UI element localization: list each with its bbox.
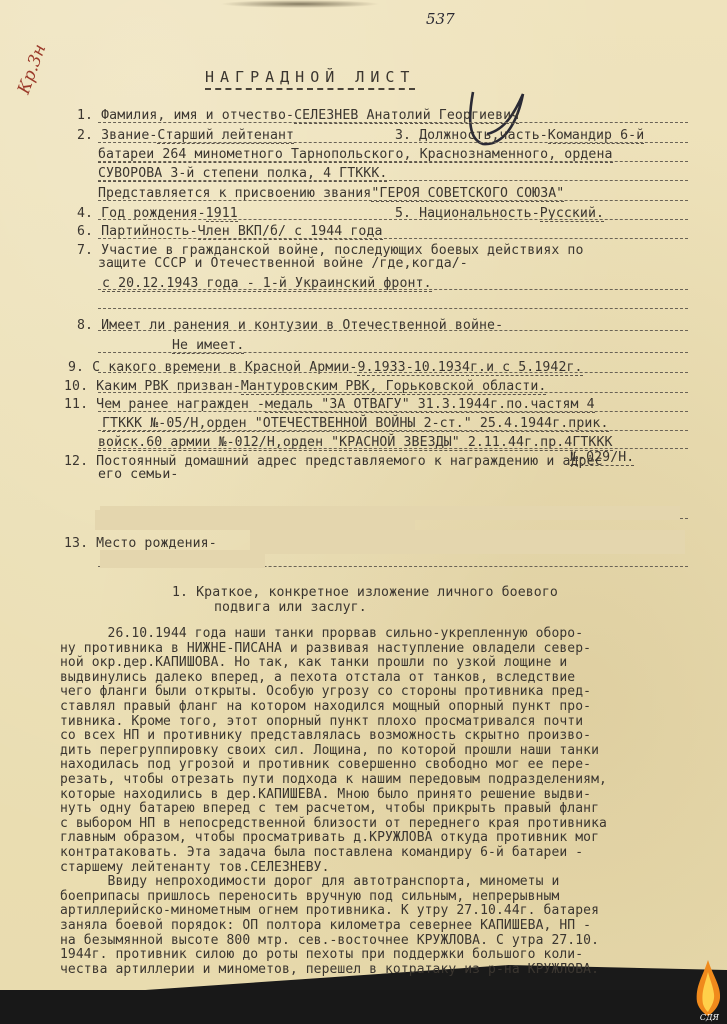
narrative-line: тивника. Кроме того, этот опорный пункт … (60, 715, 583, 730)
field-number: 1. (77, 108, 93, 123)
form-field: Представляется к присвоению звания"ГЕРОЯ… (98, 186, 564, 201)
underline (98, 330, 688, 331)
field-label: Представляется к присвоению звания (98, 186, 371, 201)
field-number: 11. (64, 397, 88, 412)
underline (98, 219, 688, 220)
underline (98, 308, 688, 309)
section-heading-line-2: подвига или заслуг. (214, 600, 367, 615)
archive-page-number: 537 (426, 10, 455, 28)
field-number: 6. (77, 224, 93, 239)
narrative-line: резать, чтобы отрезать пути подхода к на… (60, 773, 607, 788)
form-field: его семьи- (98, 467, 178, 482)
field-label: его семьи- (98, 467, 178, 482)
underline (98, 289, 688, 290)
field-number: 10. (64, 379, 88, 394)
field-number: 4. (77, 206, 93, 221)
underline (98, 372, 688, 373)
underline (98, 161, 688, 162)
narrative-line: со всех НП и противнику представлялась в… (60, 729, 591, 744)
underline (98, 430, 688, 431)
field-number: 7. (77, 243, 93, 258)
narrative-line: ставлял правый фланг на котором находилс… (60, 700, 591, 715)
form-field: 6. Партийность-Член ВКП/б/ с 1944 года (77, 224, 383, 239)
field-number: 8. (77, 318, 93, 333)
form-field: Не имеет. (172, 338, 244, 353)
watermark-label: СДЯ (700, 1013, 719, 1022)
underline (98, 352, 688, 353)
field-label: защите СССР и Отечественной войне /где,к… (98, 256, 468, 271)
narrative-line: заняла боевой порядок: ОП полтора киломе… (60, 919, 591, 934)
underline (98, 238, 688, 239)
field-number: 9. (68, 360, 84, 375)
underline (98, 122, 688, 123)
narrative-line: на безымянной высоте 800 мтр. сев.-восто… (60, 934, 599, 949)
flame-icon (693, 958, 723, 1018)
narrative-line: которые находились в дер.КАПИШЕВА. Мною … (60, 788, 591, 803)
narrative-line: старшему лейтенанту тов.СЕЛЕЗНЕВУ. (60, 861, 330, 876)
narrative-line: главным образом, чтобы просматривать д.К… (60, 831, 599, 846)
narrative-line: контратаковать. Эта задача была поставле… (60, 846, 583, 861)
field-label: Чем ранее награжден - (96, 397, 265, 412)
form-field: защите СССР и Отечественной войне /где,к… (98, 256, 468, 271)
section-heading-line-1: 1. Краткое, конкретное изложение личного… (172, 585, 558, 600)
narrative-line: с выбором НП в непосредственной близости… (60, 817, 607, 832)
form-field: СУВОРОВА 3-й степени полка, 4 ГТККК. (98, 166, 387, 181)
form-field: 2. Звание-Старший лейтенант (77, 128, 294, 143)
narrative-line: ной окр.дер.КАПИШОВА. Но так, как танки … (60, 656, 567, 671)
narrative-line: боеприпасы пришлось переносить вручную п… (60, 890, 559, 905)
narrative-line: выдвинулись далеко вперед, а пехота отст… (60, 671, 575, 686)
form-field: 1. Фамилия, имя и отчество-СЕЛЕЗНЕВ Анат… (77, 108, 519, 123)
binding-shadow (220, 0, 380, 8)
narrative-line: находилась под угрозой и противник совер… (60, 758, 591, 773)
narrative-line: чего фланги были открыты. Особую угрозу … (60, 685, 591, 700)
field-number: 2. (77, 128, 93, 143)
narrative-line: Ввиду непроходимости дорог для автотранс… (60, 875, 559, 890)
form-field: ГТККК №-05/Н,орден "ОТЕЧЕСТВЕННОЙ ВОЙНЫ … (102, 416, 609, 431)
underline (98, 448, 688, 449)
narrative-line: 1944г. противник силою до роты пехоты пр… (60, 948, 583, 963)
field-label: Место рождения- (96, 536, 217, 551)
field-number: 3. (395, 128, 411, 143)
underline (98, 411, 688, 412)
underline (98, 200, 688, 201)
document-title: НАГРАДНОЙ ЛИСТ (205, 68, 415, 90)
scan-bottom-edge (0, 990, 727, 1024)
narrative-line: артиллерийско-минометным огнем противник… (60, 904, 599, 919)
field-number: 12. (64, 454, 88, 469)
narrative-line: нуть одну батарею вперед с тем расчетом,… (60, 802, 599, 817)
redacted-birthplace-1 (250, 530, 685, 554)
underline (98, 142, 688, 143)
field-label: Фамилия, имя и отчество- (101, 108, 294, 123)
redacted-address-2 (95, 510, 415, 530)
field-label: Должность,часть- (419, 128, 548, 143)
form-field: 13. Место рождения- (64, 536, 217, 551)
underline (98, 180, 688, 181)
form-field: 11. Чем ранее награжден -медаль "ЗА ОТВА… (64, 397, 595, 412)
redacted-birthplace-2 (100, 550, 265, 568)
field-number: 13. (64, 536, 88, 551)
narrative-line: 26.10.1944 года наши танки прорвав сильн… (60, 627, 583, 642)
field-value: 9.1933-10.1934г.и с 5.1942г. (357, 360, 582, 376)
narrative-line: дить перегруппировку своих сил. Лощина, … (60, 744, 599, 759)
form-field: батареи 264 минометного Тарнопольского, … (98, 147, 613, 162)
field-label: Звание- (101, 128, 157, 143)
form-field: 3. Должность,часть-Командир 6-й (395, 128, 644, 143)
narrative-line: ну противника в НИЖНЕ-ПИСАНА и развивая … (60, 642, 591, 657)
underline (98, 392, 688, 393)
narrative-line: чества артиллерии и минометов, перешел в… (60, 963, 599, 978)
field-label: Партийность- (101, 224, 197, 239)
